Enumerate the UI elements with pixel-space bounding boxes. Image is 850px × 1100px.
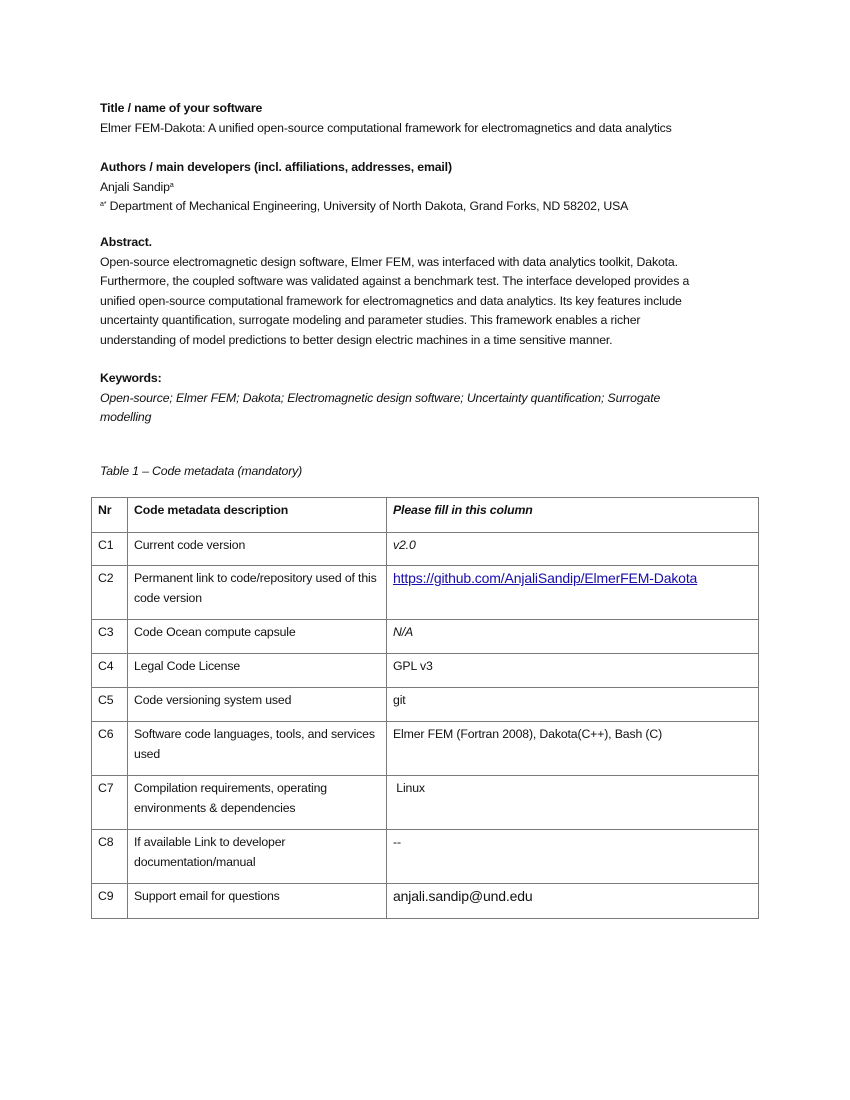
row-value: v2.0 — [387, 533, 759, 566]
row-value: anjali.sandip@und.edu — [387, 884, 759, 919]
code-metadata-table: Nr Code metadata description Please fill… — [91, 497, 759, 919]
row-nr: C2 — [92, 566, 128, 620]
affiliation-line: a* Department of Mechanical Engineering,… — [100, 197, 760, 217]
row-value: N/A — [387, 620, 759, 654]
row-value: -- — [387, 830, 759, 884]
row-description: Code versioning system used — [128, 688, 387, 722]
table-row: C6 Software code languages, tools, and s… — [92, 722, 759, 776]
row-description: Software code languages, tools, and serv… — [128, 722, 387, 776]
abstract-line: uncertainty quantification, surrogate mo… — [100, 311, 760, 331]
author-superscript: a — [170, 182, 174, 189]
header-description: Code metadata description — [128, 498, 387, 533]
abstract-line: Open-source electromagnetic design softw… — [100, 253, 760, 273]
row-nr: C4 — [92, 654, 128, 688]
title-section: Title / name of your software Elmer FEM-… — [100, 99, 760, 138]
header-value: Please fill in this column — [387, 498, 759, 533]
row-description: Code Ocean compute capsule — [128, 620, 387, 654]
abstract-heading: Abstract. — [100, 233, 760, 253]
row-value: git — [387, 688, 759, 722]
table-header-row: Nr Code metadata description Please fill… — [92, 498, 759, 533]
header-nr: Nr — [92, 498, 128, 533]
abstract-line: understanding of model predictions to be… — [100, 331, 760, 351]
keywords-line: Open-source; Elmer FEM; Dakota; Electrom… — [100, 389, 760, 409]
keywords-section: Keywords: Open-source; Elmer FEM; Dakota… — [100, 369, 760, 428]
table-row: C3 Code Ocean compute capsule N/A — [92, 620, 759, 654]
repository-link[interactable]: https://github.com/AnjaliSandip/ElmerFEM… — [393, 570, 697, 586]
row-nr: C3 — [92, 620, 128, 654]
authors-section: Authors / main developers (incl. affilia… — [100, 158, 760, 217]
row-value: Elmer FEM (Fortran 2008), Dakota(C++), B… — [387, 722, 759, 776]
support-email: anjali.sandip@und.edu — [393, 888, 533, 904]
row-description: Permanent link to code/repository used o… — [128, 566, 387, 620]
table-row: C4 Legal Code License GPL v3 — [92, 654, 759, 688]
abstract-line: unified open-source computational framew… — [100, 292, 760, 312]
table-row: C2 Permanent link to code/repository use… — [92, 566, 759, 620]
affiliation-text: Department of Mechanical Engineering, Un… — [106, 199, 628, 213]
row-description: Legal Code License — [128, 654, 387, 688]
table-row: C1 Current code version v2.0 — [92, 533, 759, 566]
title-heading: Title / name of your software — [100, 99, 760, 119]
row-nr: C9 — [92, 884, 128, 919]
abstract-section: Abstract. Open-source electromagnetic de… — [100, 233, 760, 351]
keywords-heading: Keywords: — [100, 369, 760, 389]
table-caption: Table 1 – Code metadata (mandatory) — [100, 462, 760, 482]
affiliation-superscript: a* — [100, 201, 106, 208]
row-nr: C5 — [92, 688, 128, 722]
document-page: Title / name of your software Elmer FEM-… — [0, 0, 850, 1100]
row-description: Support email for questions — [128, 884, 387, 919]
row-nr: C1 — [92, 533, 128, 566]
software-title: Elmer FEM-Dakota: A unified open-source … — [100, 119, 760, 139]
table-row: C5 Code versioning system used git — [92, 688, 759, 722]
row-description: Compilation requirements, operating envi… — [128, 776, 387, 830]
table-row: C9 Support email for questions anjali.sa… — [92, 884, 759, 919]
row-description: Current code version — [128, 533, 387, 566]
row-description: If available Link to developer documenta… — [128, 830, 387, 884]
authors-heading: Authors / main developers (incl. affilia… — [100, 158, 760, 178]
row-value: https://github.com/AnjaliSandip/ElmerFEM… — [387, 566, 759, 620]
row-nr: C7 — [92, 776, 128, 830]
row-nr: C8 — [92, 830, 128, 884]
row-value: GPL v3 — [387, 654, 759, 688]
keywords-line: modelling — [100, 408, 760, 428]
row-nr: C6 — [92, 722, 128, 776]
table-row: C7 Compilation requirements, operating e… — [92, 776, 759, 830]
table-row: C8 If available Link to developer docume… — [92, 830, 759, 884]
author-name: Anjali Sandip — [100, 180, 170, 194]
abstract-line: Furthermore, the coupled software was va… — [100, 272, 760, 292]
author-line: Anjali Sandipa — [100, 178, 760, 198]
row-value: Linux — [387, 776, 759, 830]
